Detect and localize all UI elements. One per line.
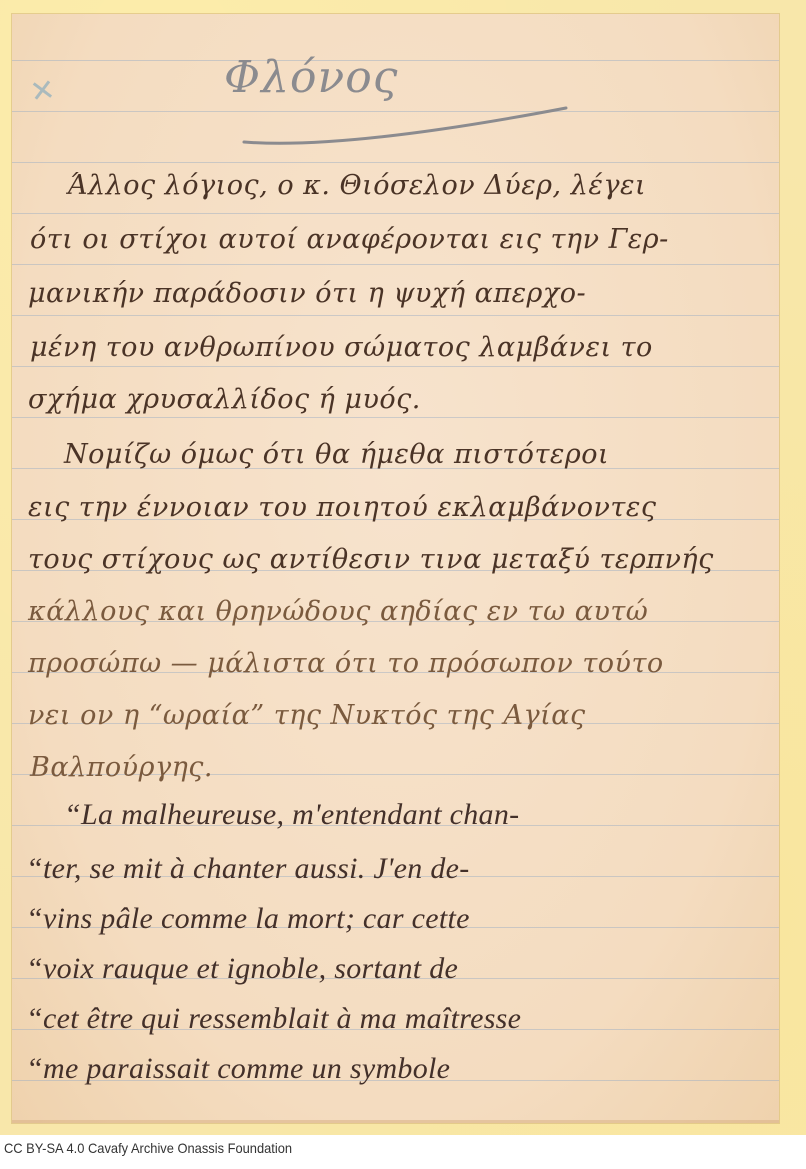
- manuscript-line: “ter, se mit à chanter aussi. J'en de-: [26, 852, 470, 886]
- manuscript-line: “me paraissait comme un symbole: [26, 1052, 450, 1086]
- manuscript-line: τους στίχους ως αντίθεσιν τινα μεταξύ τε…: [28, 544, 714, 575]
- manuscript-line: Νομίζω όμως ότι θα ήμεθα πιστότεροι: [64, 439, 609, 470]
- ruled-line: [12, 162, 779, 163]
- manuscript-line: ότι οι στίχοι αυτοί αναφέρονται εις την …: [30, 224, 669, 255]
- manuscript-line: “cet être qui ressemblait à ma maîtresse: [26, 1002, 521, 1036]
- ruled-line: [12, 366, 779, 367]
- manuscript-line: “La malheureuse, m'entendant chan-: [64, 798, 519, 832]
- manuscript-line: Βαλπούργης.: [30, 752, 213, 783]
- pencil-heading: Φλόνος: [224, 52, 398, 103]
- manuscript-line: “vins pâle comme la mort; car cette: [26, 902, 470, 936]
- manuscript-line: μανικήν παράδοσιν ότι η ψυχή απερχο-: [28, 278, 586, 309]
- manuscript-line: “voix rauque et ignoble, sortant de: [26, 952, 458, 986]
- license-credit: CC BY-SA 4.0 Cavafy Archive Onassis Foun…: [4, 1140, 292, 1156]
- manuscript-line: μένη του ανθρωπίνου σώματος λαμβάνει το: [30, 332, 653, 363]
- manuscript-line: νει ον η “ωραία” της Νυκτός της Αγίας: [28, 700, 586, 731]
- manuscript-line: σχήμα χρυσαλλίδος ή μυός.: [28, 384, 421, 415]
- ruled-line: [12, 315, 779, 316]
- scan-background: ✕ Φλόνος Άλλος λόγιος, ο κ. Θιόσελον Δύε…: [0, 0, 806, 1135]
- ruled-line: [12, 417, 779, 418]
- manuscript-sheet: ✕ Φλόνος Άλλος λόγιος, ο κ. Θιόσελον Δύε…: [12, 14, 779, 1123]
- manuscript-line: εις την έννοιαν του ποιητού εκλαμβάνοντε…: [28, 492, 656, 523]
- ruled-line: [12, 213, 779, 214]
- manuscript-line: Άλλος λόγιος, ο κ. Θιόσελον Δύερ, λέγει: [68, 170, 646, 201]
- ruled-line: [12, 264, 779, 265]
- margin-x-mark: ✕: [28, 72, 58, 110]
- manuscript-line: κάλλους και θρηνώδους αηδίας εν τω αυτώ: [28, 596, 648, 627]
- manuscript-line: προσώπω — μάλιστα ότι το πρόσωπον τούτο: [28, 648, 664, 679]
- pencil-underline: [240, 106, 570, 150]
